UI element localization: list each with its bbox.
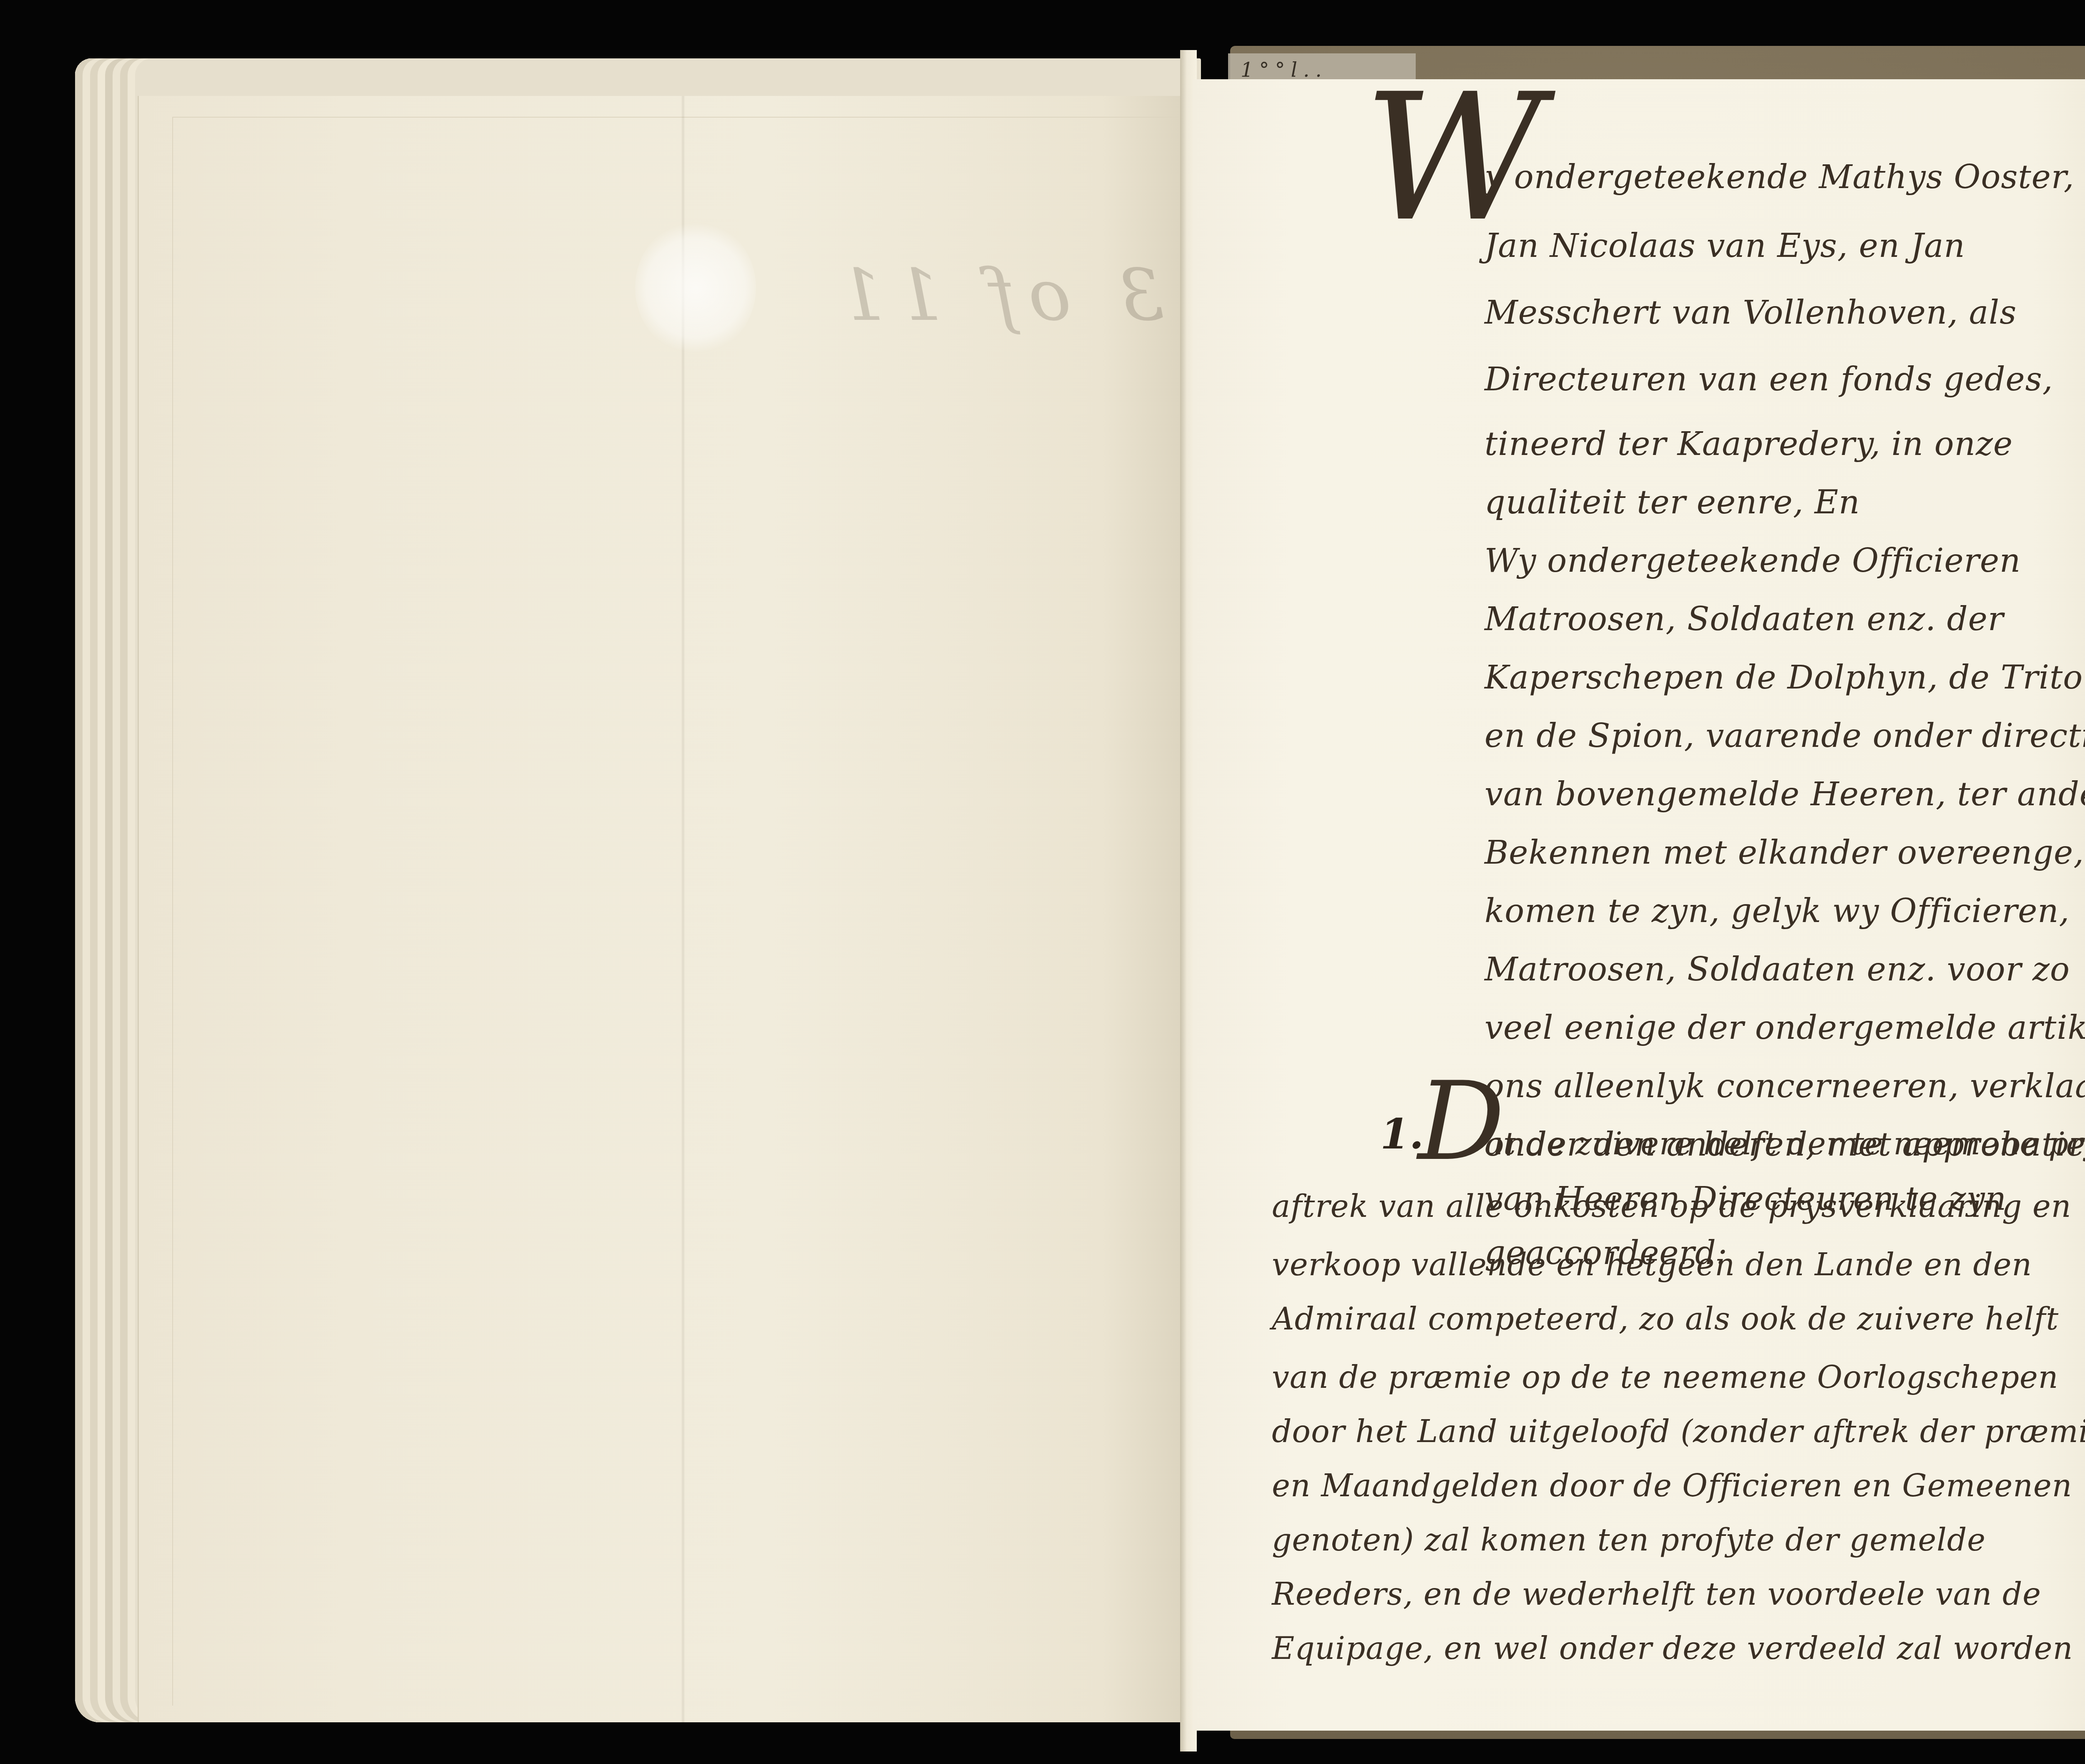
text-line: Matroosen, Soldaaten enz. voor zo	[1485, 951, 2070, 988]
text-line: genoten) zal komen ten profyte der gemel…	[1272, 1522, 1986, 1558]
text-line: komen te zyn, gelyk wy Officieren,	[1485, 892, 2070, 930]
text-line: Admiraal competeerd, zo als ook de zuive…	[1272, 1301, 2059, 1337]
text-line: tineerd ter Kaapredery, in onze	[1485, 425, 2013, 463]
text-line: qualiteit ter eenre, En	[1485, 484, 1860, 521]
text-line: en de Spion, vaarende onder directie	[1485, 717, 2085, 755]
text-line: Directeuren van een fonds gedes,	[1485, 361, 2053, 398]
text-line: aftrek van alle onkosten op de prysverkl…	[1272, 1189, 2071, 1224]
text-line: van de præmie op de te neemene Oorlogsch…	[1272, 1359, 2058, 1395]
text-line: Equipage, en wel onder deze verdeeld zal…	[1272, 1631, 2073, 1666]
text-line: Messchert van Vollenhoven, als	[1485, 294, 2017, 332]
text-line: Matroosen, Soldaaten enz. der	[1485, 601, 2004, 638]
text-line: verkoop vallende en hetgeen den Lande en…	[1272, 1247, 2032, 1283]
text-line: door het Land uitgeloofd (zonder aftrek …	[1272, 1414, 2085, 1450]
embossed-seal-icon	[635, 221, 756, 354]
text-line: Reeders, en de wederhelft ten voordeele …	[1272, 1576, 2041, 1612]
text-line: van bovengemelde Heeren, ter andere zyde…	[1485, 776, 2085, 813]
text-line: Bekennen met elkander overeenge,	[1485, 834, 2084, 872]
text-line: Jan Nicolaas van Eys, en Jan	[1485, 227, 1965, 265]
text-line: at de zuivere helft der te neemene pryze…	[1485, 1126, 2085, 1162]
text-line: y ondergeteekende Mathys Ooster,	[1485, 158, 2075, 196]
text-line: ons alleenlyk concerneeren, verklaaren	[1485, 1068, 2085, 1105]
left-page-inner-edge	[172, 117, 1186, 1706]
text-line: Kaperschepen de Dolphyn, de Triton	[1485, 659, 2085, 696]
text-line: veel eenige der ondergemelde artikulen	[1485, 1009, 2085, 1047]
article-number: 1.	[1380, 1109, 1424, 1158]
text-line: en Maandgelden door de Officieren en Gem…	[1272, 1468, 2072, 1504]
showthrough-text: 3 of 11	[827, 254, 1164, 337]
text-line: Wy ondergeteekende Officieren	[1485, 542, 2021, 580]
left-page: 3 of 11	[138, 96, 1186, 1722]
